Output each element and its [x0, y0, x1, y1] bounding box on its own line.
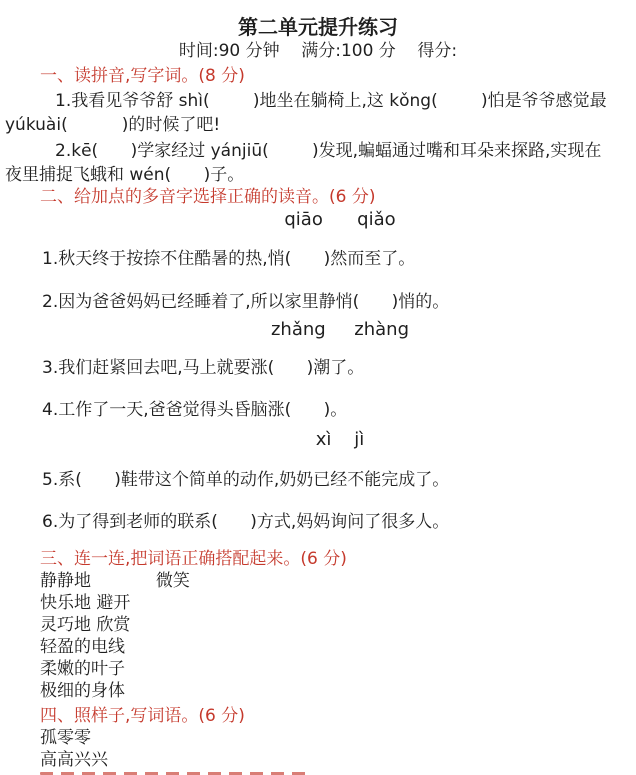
section-4-heading: 四、照样子,写词语。(6 分) — [0, 705, 636, 727]
s2-item-6: 6.为了得到老师的联系( )方式,妈妈询问了很多人。 — [0, 511, 636, 533]
s2-item-2: 2.因为爸爸妈妈已经睡着了,所以家里静悄( )悄的。 — [0, 291, 636, 313]
s1-item1-line2: yúkuài( )的时候了吧! — [0, 113, 636, 137]
s1-item2-line1: 2.kē( )学家经过 yánjiū( )发现,蝙蝠通过嘴和耳朵来探路,实现在 — [0, 139, 636, 163]
s4-example-1: 孤零零 — [0, 727, 636, 749]
s2-item-3: 3.我们赶紧回去吧,马上就要涨( )潮了。 — [0, 357, 636, 379]
s3-match-row-6: 极细的身体 — [0, 680, 636, 702]
exam-meta-line: 时间:90 分钟 满分:100 分 得分: — [0, 40, 636, 62]
s2-item-4: 4.工作了一天,爸爸觉得头昏脑涨( )。 — [0, 399, 636, 421]
s2-item-5: 5.系( )鞋带这个简单的动作,奶奶已经不能完成了。 — [0, 469, 636, 491]
s3-match-row-3: 灵巧地 欣赏 — [0, 614, 636, 636]
s2-item-1: 1.秋天终于按捺不住酷暑的热,悄( )然而至了。 — [0, 248, 636, 270]
s1-item2-line2: 夜里捕捉飞蛾和 wén( )子。 — [0, 163, 636, 187]
s3-match-row-2: 快乐地 避开 — [0, 592, 636, 614]
section-3-heading: 三、连一连,把词语正确搭配起来。(6 分) — [0, 549, 636, 570]
s4-example-2: 高高兴兴 — [0, 749, 636, 771]
s3-match-row-4: 轻盈的电线 — [0, 636, 636, 658]
section-1-heading: 一、读拼音,写字词。(8 分) — [0, 66, 636, 87]
page-title: 第二单元提升练习 — [0, 14, 636, 40]
s1-item1-line1: 1.我看见爷爷舒 shì( )地坐在躺椅上,这 kǒng( )怕是爷爷感觉最 — [0, 89, 636, 113]
section-2-heading: 二、给加点的多音字选择正确的读音。(6 分) — [0, 187, 636, 208]
pinyin-pair-qiao: qiāo qiǎo — [22, 208, 636, 232]
s3-match-row-5: 柔嫩的叶子 — [0, 658, 636, 680]
worksheet-page: 第二单元提升练习 时间:90 分钟 满分:100 分 得分: 一、读拼音,写字词… — [0, 0, 636, 771]
pinyin-pair-zhang: zhǎng zhàng — [22, 318, 636, 342]
pinyin-pair-xi-ji: xì jì — [22, 428, 636, 452]
s3-match-row-1: 静静地 微笑 — [0, 570, 636, 592]
